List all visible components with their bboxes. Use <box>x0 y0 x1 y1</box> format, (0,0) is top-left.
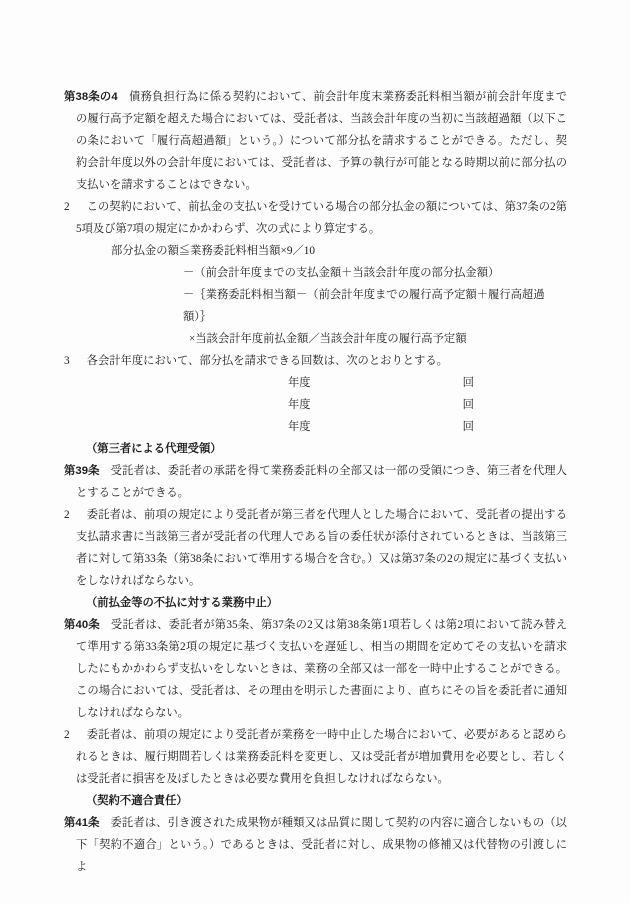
article-40-paragraph-2: 2委託者は、前項の規定により受託者が業務を一時中止した場合において、必要があると… <box>64 724 567 790</box>
fiscal-year-count-table: 年度回 年度回 年度回 <box>64 372 567 438</box>
article-text: 受託者は、委託者の承諾を得て業務委託料の全部又は一部の受領につき、第三者を代理人… <box>76 465 567 499</box>
article-text: 債務負担行為に係る契約において、前会計年度末業務委託料相当額が前会計年度までの履… <box>76 91 567 191</box>
year-label: 年度 <box>288 399 311 411</box>
formula-line: ×当該会計年度前払金額／当該会計年度の履行高予定額 <box>64 328 567 350</box>
article-number: 第40条 <box>64 619 100 631</box>
article-38-4-paragraph-2: 2この契約において、前払金の支払いを受けている場合の部分払金の額については、第3… <box>64 196 567 240</box>
count-unit-label: 回 <box>463 399 474 411</box>
article-text: 委託者は、引き渡された成果物が種類又は品質に関して契約の内容に適合しないもの（以… <box>76 817 567 873</box>
section-heading-nonpayment-suspension: （前払金等の不払に対する業務中止） <box>64 592 567 614</box>
article-text: 受託者は、委託者が第35条、第37条の2又は第38条第1項若しくは第2項において… <box>76 619 567 719</box>
formula-line: －（前会計年度までの支払金額＋当該会計年度の部分払金額） <box>64 262 567 284</box>
article-number: 第39条 <box>64 465 100 477</box>
article-number: 第41条 <box>64 817 100 829</box>
paragraph-text: 各会計年度において、部分払を請求できる回数は、次のとおりとする。 <box>87 355 448 367</box>
partial-payment-formula: 部分払金の額≦業務委託料相当額×9／10 －（前会計年度までの支払金額＋当該会計… <box>64 240 567 350</box>
blank-count-row: 年度回 <box>64 416 567 438</box>
paragraph-text: 委託者は、前項の規定により受託者が第三者を代理人とした場合において、受託者の提出… <box>76 509 567 587</box>
article-38-4: 第38条の4債務負担行為に係る契約において、前会計年度末業務委託料相当額が前会計… <box>64 86 567 196</box>
blank-count-row: 年度回 <box>64 394 567 416</box>
paragraph-text: 委託者は、前項の規定により受託者が業務を一時中止した場合において、必要があると認… <box>76 729 567 785</box>
article-39: 第39条受託者は、委託者の承諾を得て業務委託料の全部又は一部の受領につき、第三者… <box>64 460 567 504</box>
year-label: 年度 <box>288 377 311 389</box>
contract-page: 第38条の4債務負担行為に係る契約において、前会計年度末業務委託料相当額が前会計… <box>0 0 630 903</box>
article-41: 第41条委託者は、引き渡された成果物が種類又は品質に関して契約の内容に適合しない… <box>64 812 567 878</box>
paragraph-number: 2 <box>64 729 70 741</box>
article-number: 第38条の4 <box>64 91 118 103</box>
paragraph-number: 3 <box>64 355 70 367</box>
paragraph-text: この契約において、前払金の支払いを受けている場合の部分払金の額については、第37… <box>76 201 567 235</box>
section-heading-nonconformity-liability: （契約不適合責任） <box>64 790 567 812</box>
document-body: 第38条の4債務負担行為に係る契約において、前会計年度末業務委託料相当額が前会計… <box>64 86 567 878</box>
formula-line: 部分払金の額≦業務委託料相当額×9／10 <box>64 240 567 262</box>
formula-line: －｛業務委託料相当額－（前会計年度までの履行高予定額＋履行高超過額）｝ <box>64 284 567 328</box>
article-39-paragraph-2: 2委託者は、前項の規定により受託者が第三者を代理人とした場合において、受託者の提… <box>64 504 567 592</box>
count-unit-label: 回 <box>463 377 474 389</box>
blank-count-row: 年度回 <box>64 372 567 394</box>
year-label: 年度 <box>288 421 311 433</box>
section-heading-third-party-receipt: （第三者による代理受領） <box>64 438 567 460</box>
article-38-4-paragraph-3: 3各会計年度において、部分払を請求できる回数は、次のとおりとする。 <box>64 350 567 372</box>
article-40: 第40条受託者は、委託者が第35条、第37条の2又は第38条第1項若しくは第2項… <box>64 614 567 724</box>
count-unit-label: 回 <box>463 421 474 433</box>
paragraph-number: 2 <box>64 509 70 521</box>
paragraph-number: 2 <box>64 201 70 213</box>
